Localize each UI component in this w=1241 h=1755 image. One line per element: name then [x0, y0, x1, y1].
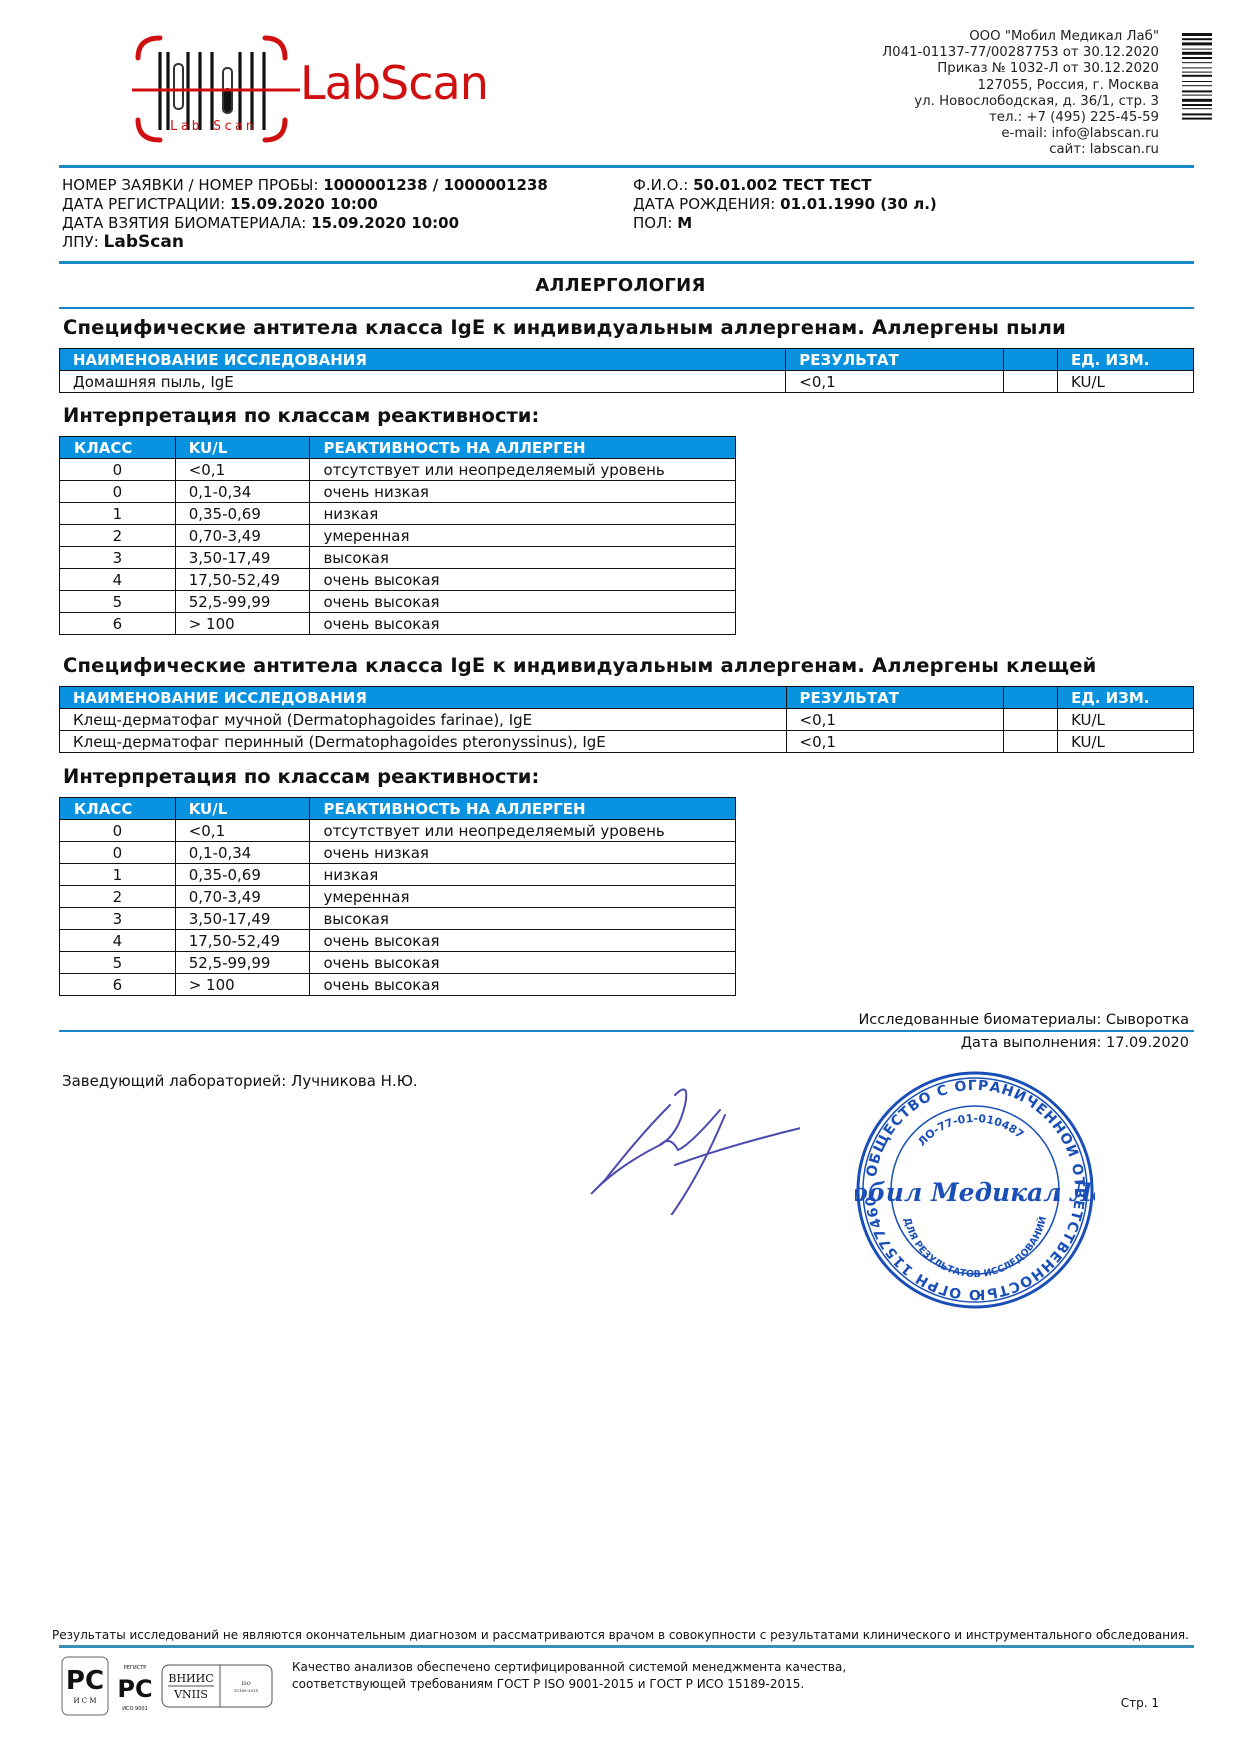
reactivity-level: очень высокая [310, 930, 736, 952]
lpu-value: LabScan [104, 232, 184, 252]
order-label: НОМЕР ЗАЯВКИ / НОМЕР ПРОБЫ: [62, 176, 318, 194]
interp-row: 417,50-52,49очень высокая [60, 930, 736, 952]
reg-date-label: ДАТА РЕГИСТРАЦИИ: [62, 195, 225, 213]
interp-row: 20,70-3,49умеренная [60, 886, 736, 908]
class-value: 3 [60, 547, 176, 569]
interp-row: 20,70-3,49умеренная [60, 525, 736, 547]
class-value: 1 [60, 503, 176, 525]
company-license: Л041-01137-77/00287753 от 30.12.2020 [882, 45, 1159, 61]
svg-text:ИСО 9001: ИСО 9001 [122, 1706, 147, 1712]
quality-line-2: соответствующей требованиям ГОСТ Р ISO 9… [292, 1676, 846, 1693]
sample-date-value: 15.09.2020 10:00 [311, 214, 459, 232]
reg-date-value: 15.09.2020 10:00 [230, 195, 378, 213]
company-stamp: ОБЩЕСТВО С ОГРАНИЧЕННОЙ ОТВЕТСТВЕННОСТЬЮ… [855, 1065, 1095, 1315]
interp-row: 00,1-0,34очень низкая [60, 842, 736, 864]
kul-range: 52,5-99,99 [175, 591, 310, 613]
class-value: 5 [60, 591, 176, 613]
reactivity-level: умеренная [310, 525, 736, 547]
interp-row: 6> 100очень высокая [60, 613, 736, 635]
interp-row: 10,35-0,69низкая [60, 503, 736, 525]
class-value: 0 [60, 481, 176, 503]
results-table-dust: НАИМЕНОВАНИЕ ИССЛЕДОВАНИЯ РЕЗУЛЬТАТ ЕД. … [59, 348, 1194, 393]
class-value: 0 [60, 820, 176, 842]
reactivity-level: очень высокая [310, 952, 736, 974]
class-value: 2 [60, 886, 176, 908]
kul-range: 0,35-0,69 [175, 503, 310, 525]
disclaimer: Результаты исследований не являются окон… [0, 1628, 1241, 1642]
reactivity-level: высокая [310, 908, 736, 930]
table-row: Клещ-дерматофаг мучной (Dermatophagoides… [60, 709, 1194, 731]
col-kul: KU/L [175, 437, 310, 459]
test-units: KU/L [1058, 731, 1194, 753]
col-units: ЕД. ИЗМ. [1058, 687, 1194, 709]
sample-date-label: ДАТА ВЗЯТИЯ БИОМАТЕРИАЛА: [62, 214, 306, 232]
interp-row: 417,50-52,49очень высокая [60, 569, 736, 591]
svg-text:ВНИИС: ВНИИС [168, 1672, 213, 1685]
test-result: <0,1 [786, 731, 1004, 753]
reactivity-level: низкая [310, 864, 736, 886]
kul-range: 3,50-17,49 [175, 547, 310, 569]
col-reactivity: РЕАКТИВНОСТЬ НА АЛЛЕРГЕН [310, 437, 736, 459]
kul-range: > 100 [175, 613, 310, 635]
dob-label: ДАТА РОЖДЕНИЯ: [633, 195, 775, 213]
reactivity-level: очень высокая [310, 591, 736, 613]
svg-text:«Мобил Медикал Лаб»: «Мобил Медикал Лаб» [855, 1178, 1095, 1207]
kul-range: 0,70-3,49 [175, 886, 310, 908]
interp-row: 33,50-17,49высокая [60, 547, 736, 569]
kul-range: 17,50-52,49 [175, 569, 310, 591]
kul-range: 0,35-0,69 [175, 864, 310, 886]
results-table-mites: НАИМЕНОВАНИЕ ИССЛЕДОВАНИЯ РЕЗУЛЬТАТ ЕД. … [59, 686, 1194, 753]
reactivity-level: отсутствует или неопределяемый уровень [310, 820, 736, 842]
interp-row: 6> 100очень высокая [60, 974, 736, 996]
interp-table-2: КЛАСС KU/L РЕАКТИВНОСТЬ НА АЛЛЕРГЕН 0<0,… [59, 797, 736, 996]
logo-wordmark: LabScan [300, 56, 488, 110]
section-title-mites: Специфические антитела класса IgE к инди… [63, 654, 1097, 677]
col-flag [1004, 349, 1058, 371]
company-email: e-mail: info@labscan.ru [882, 126, 1159, 142]
page-number: Стр. 1 [1121, 1696, 1159, 1710]
company-site: сайт: labscan.ru [882, 142, 1159, 158]
reactivity-level: очень высокая [310, 974, 736, 996]
rst-register-logo-icon: РЕГИСТР PC ИСО 9001 [117, 1665, 152, 1712]
order-value: 1000001238 / 1000001238 [323, 176, 548, 194]
kul-range: <0,1 [175, 459, 310, 481]
class-value: 3 [60, 908, 176, 930]
reactivity-level: очень низкая [310, 842, 736, 864]
footer-rule [59, 1645, 1194, 1648]
barcode-icon [1182, 33, 1212, 161]
dob-value: 01.01.1990 (30 л.) [780, 195, 937, 213]
interp-title-1: Интерпретация по классам реактивности: [63, 404, 539, 427]
reactivity-level: высокая [310, 547, 736, 569]
table-row: Клещ-дерматофаг перинный (Dermatophagoid… [60, 731, 1194, 753]
kul-range: > 100 [175, 974, 310, 996]
header-rule [59, 165, 1194, 168]
name-value: 50.01.002 ТЕСТ ТЕСТ [693, 176, 871, 194]
class-value: 2 [60, 525, 176, 547]
svg-text:15189:2015: 15189:2015 [234, 1688, 259, 1693]
interp-row: 00,1-0,34очень низкая [60, 481, 736, 503]
patient-info: Ф.И.О.: 50.01.002 ТЕСТ ТЕСТ ДАТА РОЖДЕНИ… [633, 176, 937, 233]
quality-statement: Качество анализов обеспечено сертифициро… [292, 1659, 846, 1693]
interp-row: 0<0,1отсутствует или неопределяемый уров… [60, 820, 736, 842]
interp-row: 552,5-99,99очень высокая [60, 591, 736, 613]
company-name: ООО "Мобил Медикал Лаб" [882, 29, 1159, 45]
reactivity-level: низкая [310, 503, 736, 525]
test-name: Клещ-дерматофаг перинный (Dermatophagoid… [60, 731, 787, 753]
name-label: Ф.И.О.: [633, 176, 688, 194]
reactivity-level: очень высокая [310, 569, 736, 591]
sex-label: ПОЛ: [633, 214, 672, 232]
rst-ism-logo-icon: PC И С М [62, 1657, 108, 1715]
sex-value: М [677, 214, 692, 232]
svg-text:РЕГИСТР: РЕГИСТР [124, 1665, 147, 1671]
svg-text:VNIIS: VNIIS [173, 1688, 208, 1701]
company-street: ул. Новослободская, д. 36/1, стр. 3 [882, 94, 1159, 110]
reactivity-level: очень низкая [310, 481, 736, 503]
test-result: <0,1 [786, 371, 1004, 393]
dept-rule [59, 307, 1194, 309]
col-test-name: НАИМЕНОВАНИЕ ИССЛЕДОВАНИЯ [60, 687, 787, 709]
col-test-name: НАИМЕНОВАНИЕ ИССЛЕДОВАНИЯ [60, 349, 786, 371]
signature-image [560, 1065, 800, 1215]
company-phone: тел.: +7 (495) 225-45-59 [882, 110, 1159, 126]
test-flag [1004, 709, 1058, 731]
section-title-dust: Специфические антитела класса IgE к инди… [63, 316, 1066, 339]
quality-line-1: Качество анализов обеспечено сертифициро… [292, 1659, 846, 1676]
results-rule [59, 1030, 1194, 1032]
reactivity-level: очень высокая [310, 613, 736, 635]
test-name: Домашняя пыль, IgE [60, 371, 786, 393]
col-reactivity: РЕАКТИВНОСТЬ НА АЛЛЕРГЕН [310, 798, 736, 820]
class-value: 1 [60, 864, 176, 886]
col-result: РЕЗУЛЬТАТ [786, 687, 1004, 709]
head-of-lab: Заведующий лабораторией: Лучникова Н.Ю. [62, 1072, 418, 1090]
col-class: КЛАСС [60, 798, 176, 820]
biomaterials: Исследованные биоматериалы: Сыворотка [858, 1012, 1189, 1028]
interp-row: 552,5-99,99очень высокая [60, 952, 736, 974]
reactivity-level: умеренная [310, 886, 736, 908]
lpu-label: ЛПУ: [62, 233, 99, 251]
order-info: НОМЕР ЗАЯВКИ / НОМЕР ПРОБЫ: 1000001238 /… [62, 176, 548, 252]
class-value: 6 [60, 974, 176, 996]
col-result: РЕЗУЛЬТАТ [786, 349, 1004, 371]
class-value: 0 [60, 842, 176, 864]
kul-range: 0,70-3,49 [175, 525, 310, 547]
kul-range: 0,1-0,34 [175, 481, 310, 503]
svg-text:ISO: ISO [241, 1681, 251, 1687]
reactivity-level: отсутствует или неопределяемый уровень [310, 459, 736, 481]
test-flag [1004, 371, 1058, 393]
col-kul: KU/L [175, 798, 310, 820]
company-order: Приказ № 1032-Л от 30.12.2020 [882, 61, 1159, 77]
class-value: 4 [60, 569, 176, 591]
info-rule [59, 261, 1194, 264]
company-city: 127055, Россия, г. Москва [882, 78, 1159, 94]
class-value: 6 [60, 613, 176, 635]
kul-range: 0,1-0,34 [175, 842, 310, 864]
test-units: KU/L [1058, 371, 1194, 393]
test-name: Клещ-дерматофаг мучной (Dermatophagoides… [60, 709, 787, 731]
department-title: АЛЛЕРГОЛОГИЯ [0, 275, 1241, 296]
col-class: КЛАСС [60, 437, 176, 459]
table-row: Домашняя пыль, IgE <0,1 KU/L [60, 371, 1194, 393]
col-units: ЕД. ИЗМ. [1058, 349, 1194, 371]
svg-text:PC: PC [117, 1675, 152, 1703]
class-value: 5 [60, 952, 176, 974]
certification-logos: PC И С М РЕГИСТР PC ИСО 9001 ВНИИС VNIIS… [60, 1655, 275, 1717]
svg-text:И С М: И С М [73, 1697, 96, 1705]
svg-text:Lab Scan: Lab Scan [170, 119, 257, 134]
interp-row: 10,35-0,69низкая [60, 864, 736, 886]
svg-text:ДЛЯ РЕЗУЛЬТАТОВ ИССЛЕДОВАНИЙ: ДЛЯ РЕЗУЛЬТАТОВ ИССЛЕДОВАНИЙ [901, 1215, 1049, 1280]
class-value: 4 [60, 930, 176, 952]
kul-range: 3,50-17,49 [175, 908, 310, 930]
test-result: <0,1 [786, 709, 1004, 731]
test-units: KU/L [1058, 709, 1194, 731]
execution-date: Дата выполнения: 17.09.2020 [961, 1035, 1189, 1051]
interp-table-1: КЛАСС KU/L РЕАКТИВНОСТЬ НА АЛЛЕРГЕН 0<0,… [59, 436, 736, 635]
test-flag [1004, 731, 1058, 753]
svg-text:PC: PC [66, 1666, 104, 1696]
kul-range: <0,1 [175, 820, 310, 842]
interp-row: 0<0,1отсутствует или неопределяемый уров… [60, 459, 736, 481]
kul-range: 17,50-52,49 [175, 930, 310, 952]
interp-title-2: Интерпретация по классам реактивности: [63, 765, 539, 788]
vniis-logo-icon: ВНИИС VNIIS ISO 15189:2015 [162, 1665, 272, 1707]
class-value: 0 [60, 459, 176, 481]
kul-range: 52,5-99,99 [175, 952, 310, 974]
company-info: ООО "Мобил Медикал Лаб" Л041-01137-77/00… [882, 29, 1159, 159]
col-flag [1004, 687, 1058, 709]
interp-row: 33,50-17,49высокая [60, 908, 736, 930]
